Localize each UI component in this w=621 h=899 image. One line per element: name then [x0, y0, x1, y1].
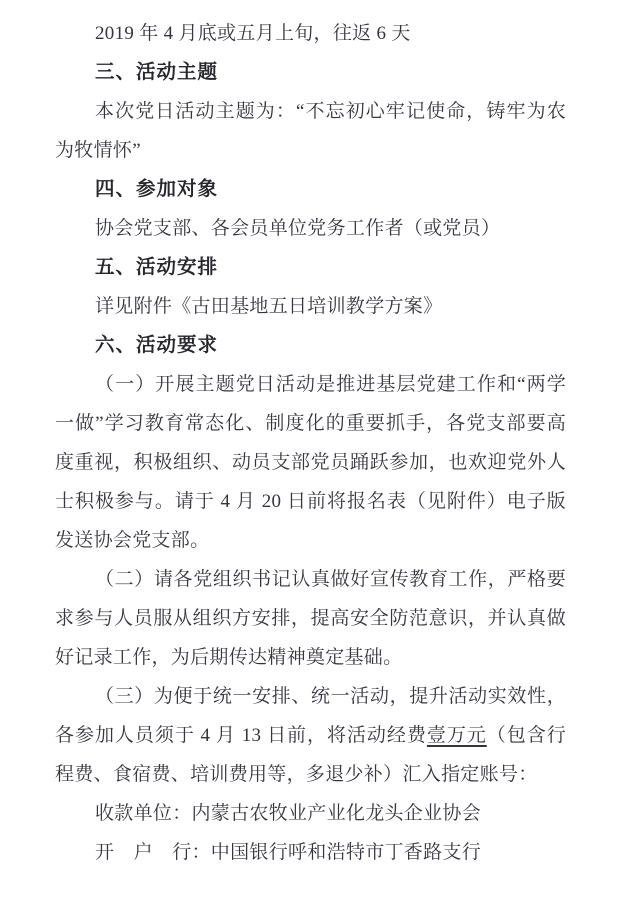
line-theme-1: 本次党日活动主题为：“不忘初心牢记使命，铸牢为农	[55, 92, 566, 131]
line-trip-dates: 2019 年 4 月底或五月上旬，往返 6 天	[55, 14, 566, 53]
line-req3-2: 各参加人员须于 4 月 13 日前，将活动经费壹万元（包含行	[55, 716, 566, 755]
line-payee-unit: 收款单位：内蒙古农牧业产业化龙头企业协会	[55, 794, 566, 833]
heading-arrangement: 五、活动安排	[55, 248, 566, 287]
line-bank-branch: 开 户 行：中国银行呼和浩特市丁香路支行	[55, 833, 566, 872]
line-req3-3: 程费、食宿费、培训费用等，多退少补）汇入指定账号：	[55, 755, 566, 794]
heading-requirements: 六、活动要求	[55, 326, 566, 365]
line-req2-1: （二）请各党组织书记认真做好宣传教育工作，严格要	[55, 560, 566, 599]
line-req3-1: （三）为便于统一安排、统一活动，提升活动实效性，	[55, 677, 566, 716]
line-req2-3: 好记录工作，为后期传达精神奠定基础。	[55, 638, 566, 677]
heading-participants: 四、参加对象	[55, 170, 566, 209]
line-participants: 协会党支部、各会员单位党务工作者（或党员）	[55, 209, 566, 248]
line-req1-5: 发送协会党支部。	[55, 521, 566, 560]
line-theme-2: 为牧情怀”	[55, 131, 566, 170]
line-req1-4: 士积极参与。请于 4 月 20 日前将报名表（见附件）电子版	[55, 482, 566, 521]
text-segment: （包含行	[487, 725, 566, 746]
document-content: 2019 年 4 月底或五月上旬，往返 6 天三、活动主题本次党日活动主题为：“…	[0, 0, 621, 899]
text-segment: 各参加人员须于 4 月 13 日前，将活动经费	[55, 725, 427, 746]
document-page: { "page": { "width_px": 621, "height_px"…	[0, 0, 621, 899]
line-req1-2: 一做”学习教育常态化、制度化的重要抓手，各党支部要高	[55, 404, 566, 443]
heading-activity-theme: 三、活动主题	[55, 53, 566, 92]
line-req1-3: 度重视，积极组织、动员支部党员踊跃参加，也欢迎党外人	[55, 443, 566, 482]
line-arrangement: 详见附件《古田基地五日培训教学方案》	[55, 287, 566, 326]
line-req2-2: 求参与人员服从组织方安排，提高安全防范意识，并认真做	[55, 599, 566, 638]
underlined-amount: 壹万元	[427, 725, 487, 746]
line-req1-1: （一）开展主题党日活动是推进基层党建工作和“两学	[55, 365, 566, 404]
